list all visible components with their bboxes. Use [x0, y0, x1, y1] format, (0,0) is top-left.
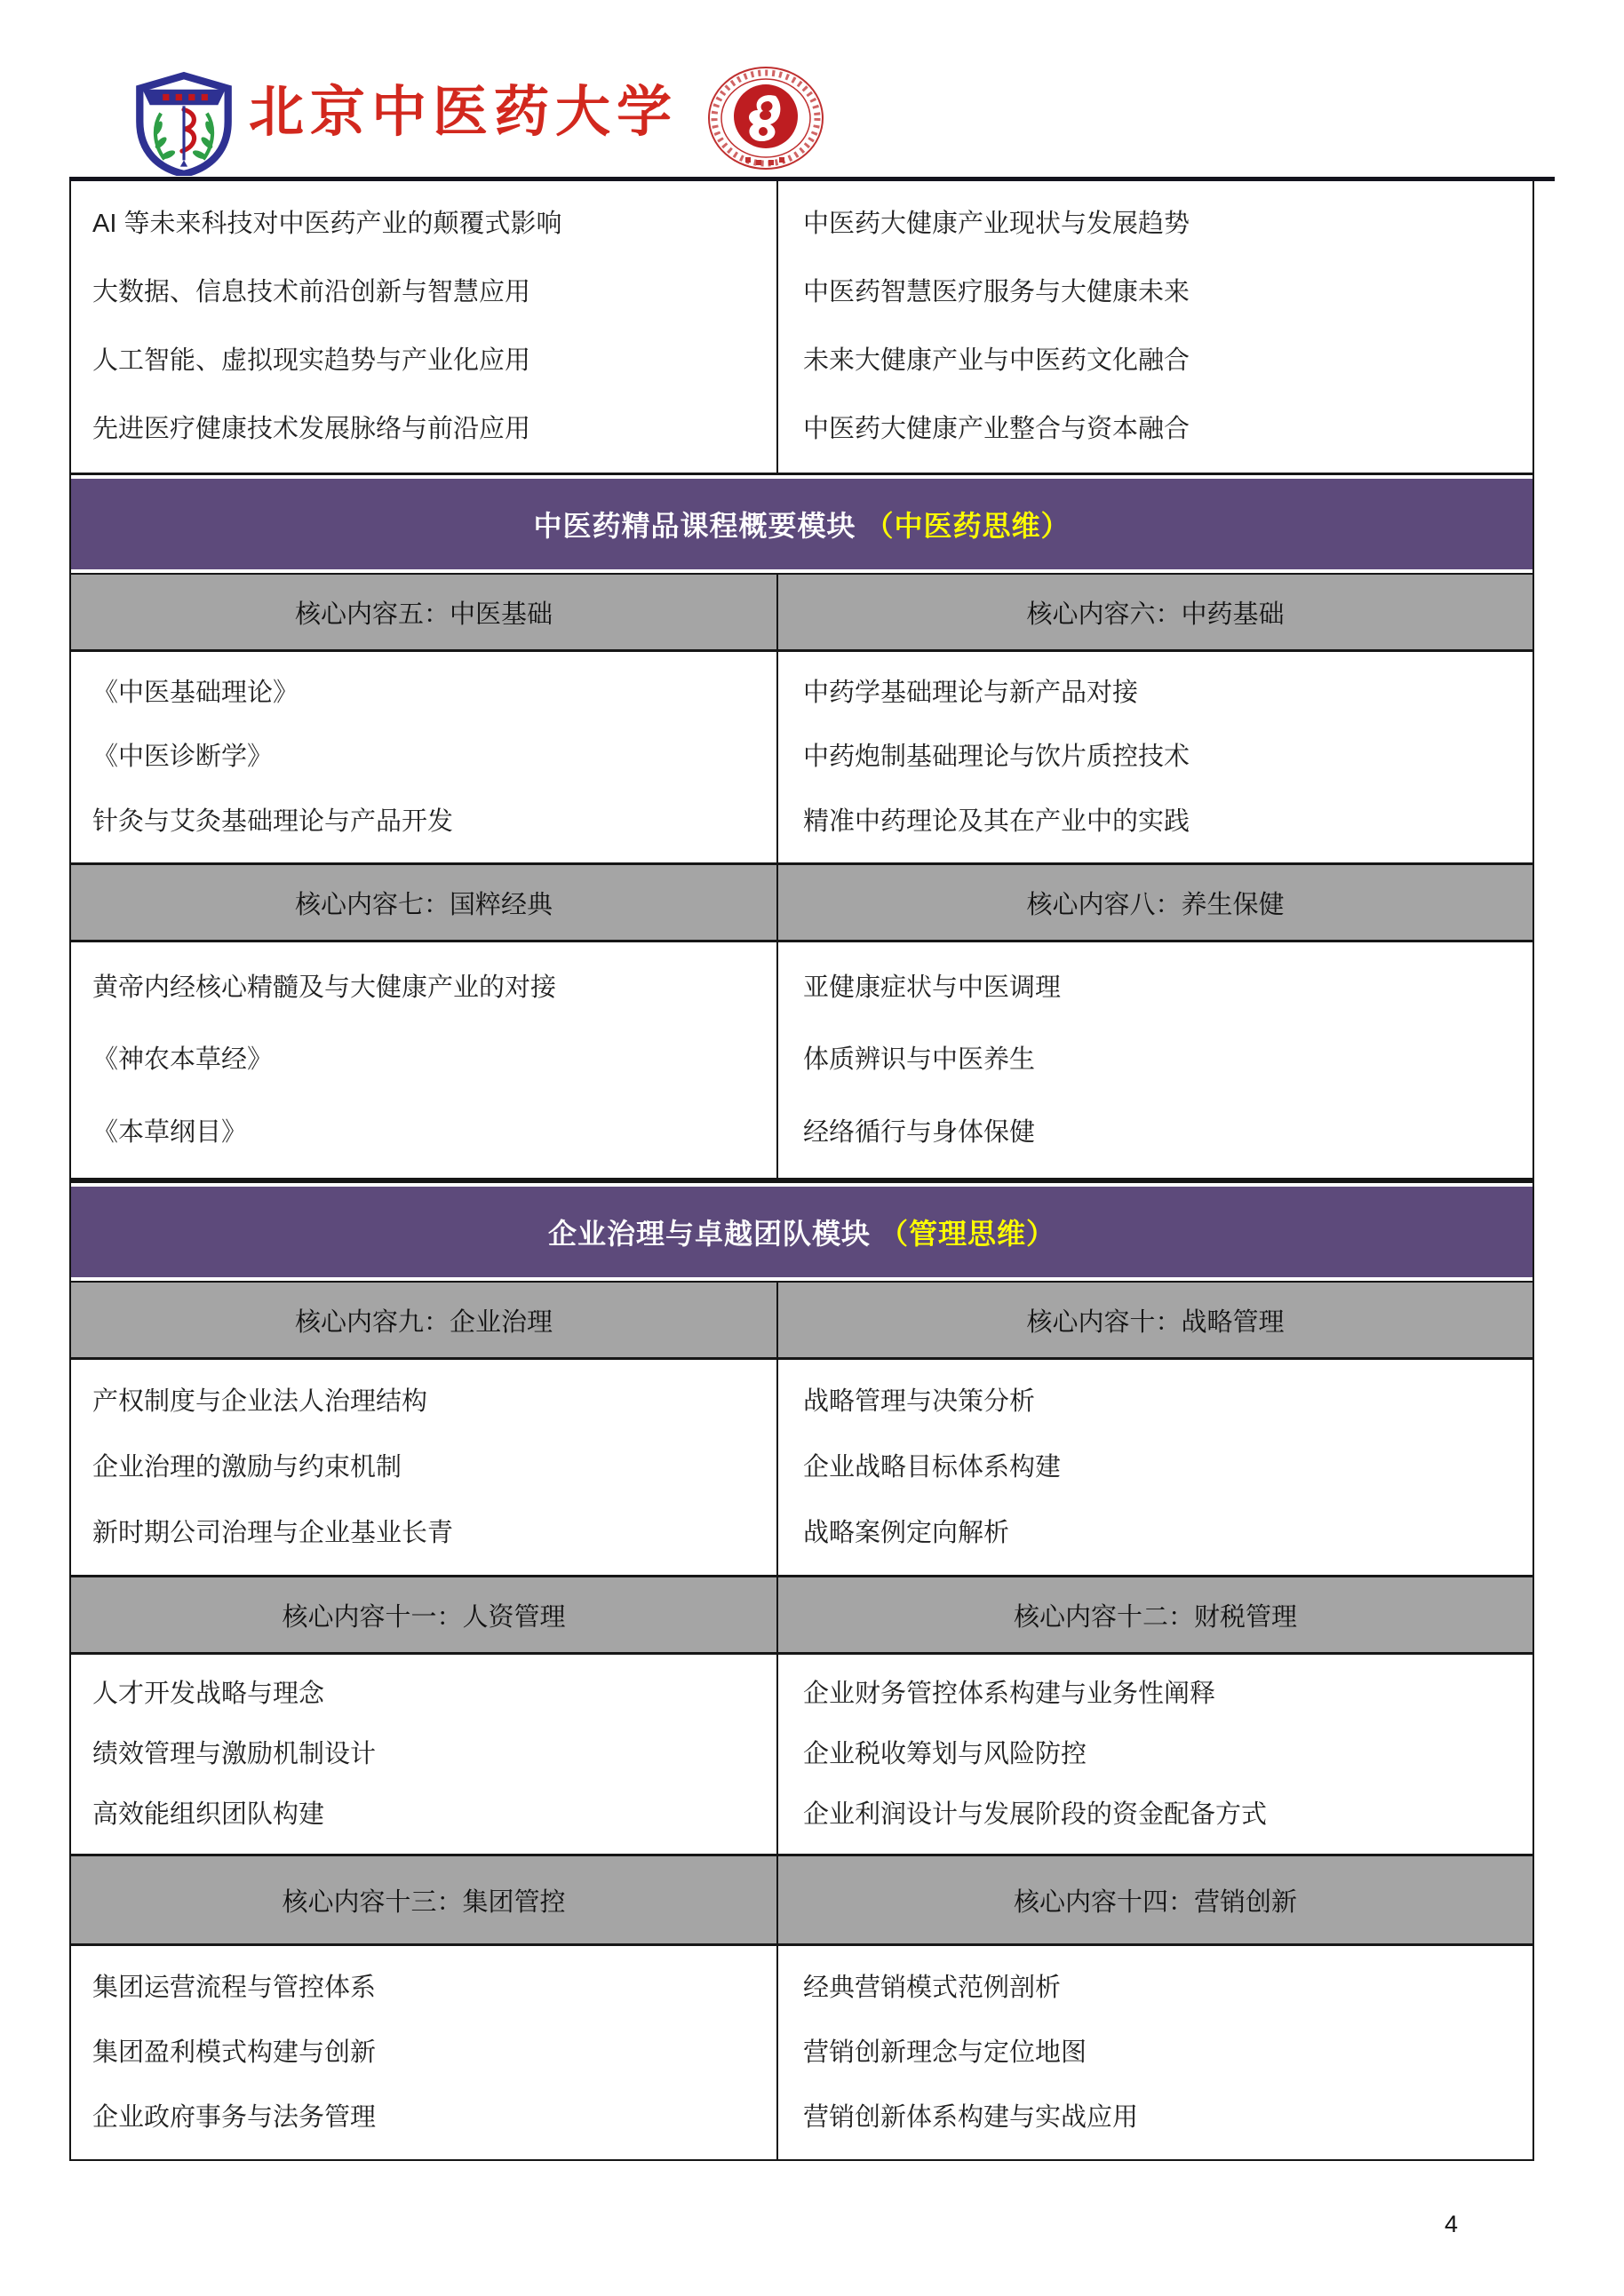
section-header-row: 核心内容九：企业治理 核心内容十：战略管理	[71, 1283, 1532, 1360]
section-header-cell: 核心内容十三：集团管控	[71, 1856, 776, 1943]
section-header-cell: 核心内容五：中医基础	[71, 575, 776, 649]
course-row-block: 人才开发战略与理念 绩效管理与激励机制设计 高效能组织团队构建 企业财务管控体系…	[71, 1655, 1532, 1856]
course-item: 企业治理的激励与约束机制	[92, 1451, 768, 1483]
course-item: 中医药智慧医疗服务与大健康未来	[803, 276, 1524, 308]
module-banner-management: 企业治理与卓越团队模块 （管理思维）	[71, 1180, 1532, 1283]
course-item: 绩效管理与激励机制设计	[92, 1738, 768, 1770]
course-item: 人才开发战略与理念	[92, 1678, 768, 1710]
course-cell: 亚健康症状与中医调理 体质辨识与中医养生 经络循行与身体保健	[778, 942, 1532, 1178]
banner-title: 中医药精品课程概要模块	[533, 504, 856, 544]
document-page: 北京中医药大学 AI 等未来科技对中医药产业的颠覆式影响 大数据、信息技术前沿创…	[0, 0, 1624, 2296]
course-item: 中医药大健康产业整合与资本融合	[803, 413, 1524, 445]
course-item: 中药炮制基础理论与饮片质控技术	[803, 741, 1524, 773]
course-item: 企业利润设计与发展阶段的资金配备方式	[803, 1799, 1524, 1831]
section-header-cell: 核心内容七：国粹经典	[71, 865, 776, 940]
course-cell: 产权制度与企业法人治理结构 企业治理的激励与约束机制 新时期公司治理与企业基业长…	[71, 1360, 776, 1575]
course-cell: 人才开发战略与理念 绩效管理与激励机制设计 高效能组织团队构建	[71, 1655, 776, 1854]
course-cell: 企业财务管控体系构建与业务性阐释 企业税收筹划与风险防控 企业利润设计与发展阶段…	[778, 1655, 1532, 1854]
course-item: 《神农本草经》	[92, 1044, 768, 1076]
university-shield-icon	[133, 71, 235, 176]
course-item: 人工智能、虚拟现实趋势与产业化应用	[92, 345, 768, 377]
course-item: AI 等未来科技对中医药产业的颠覆式影响	[92, 208, 768, 240]
course-item: 黄帝内经核心精髓及与大健康产业的对接	[92, 972, 768, 1004]
banner-title: 企业治理与卓越团队模块	[548, 1212, 871, 1252]
course-cell: 集团运营流程与管控体系 集团盈利模式构建与创新 企业政府事务与法务管理	[71, 1946, 776, 2159]
intro-left-cell: AI 等未来科技对中医药产业的颠覆式影响 大数据、信息技术前沿创新与智慧应用 人…	[71, 181, 776, 473]
course-item: 未来大健康产业与中医药文化融合	[803, 345, 1524, 377]
intro-right-cell: 中医药大健康产业现状与发展趋势 中医药智慧医疗服务与大健康未来 未来大健康产业与…	[778, 181, 1532, 473]
course-item: 体质辨识与中医养生	[803, 1044, 1524, 1076]
section-header-row: 核心内容七：国粹经典 核心内容八：养生保健	[71, 865, 1532, 942]
course-item: 精准中药理论及其在产业中的实践	[803, 806, 1524, 838]
section-header-cell: 核心内容十四：营销创新	[778, 1856, 1532, 1943]
section-header-cell: 核心内容十一：人资管理	[71, 1577, 776, 1652]
course-item: 企业政府事务与法务管理	[92, 2101, 768, 2133]
course-item: 战略管理与决策分析	[803, 1386, 1524, 1418]
course-item: 中药学基础理论与新产品对接	[803, 677, 1524, 709]
course-item: 《本草纲目》	[92, 1116, 768, 1148]
university-seal-icon	[705, 66, 827, 174]
course-item: 《中医基础理论》	[92, 677, 768, 709]
course-table: AI 等未来科技对中医药产业的颠覆式影响 大数据、信息技术前沿创新与智慧应用 人…	[69, 181, 1534, 2161]
course-cell: 战略管理与决策分析 企业战略目标体系构建 战略案例定向解析	[778, 1360, 1532, 1575]
page-number: 4	[1445, 2211, 1458, 2238]
section-header-row: 核心内容十三：集团管控 核心内容十四：营销创新	[71, 1856, 1532, 1946]
course-item: 《中医诊断学》	[92, 741, 768, 773]
section-header-row: 核心内容十一：人资管理 核心内容十二：财税管理	[71, 1577, 1532, 1655]
course-item: 新时期公司治理与企业基业长青	[92, 1517, 768, 1549]
course-item: 营销创新体系构建与实战应用	[803, 2101, 1524, 2133]
course-item: 经典营销模式范例剖析	[803, 1972, 1524, 2004]
course-row-block: 《中医基础理论》 《中医诊断学》 针灸与艾灸基础理论与产品开发 中药学基础理论与…	[71, 652, 1532, 865]
course-row-block: 集团运营流程与管控体系 集团盈利模式构建与创新 企业政府事务与法务管理 经典营销…	[71, 1946, 1532, 2159]
course-item: 营销创新理念与定位地图	[803, 2037, 1524, 2069]
banner-highlight: （中医药思维）	[865, 504, 1071, 544]
course-item: 集团盈利模式构建与创新	[92, 2037, 768, 2069]
course-cell: 《中医基础理论》 《中医诊断学》 针灸与艾灸基础理论与产品开发	[71, 652, 776, 862]
course-item: 大数据、信息技术前沿创新与智慧应用	[92, 276, 768, 308]
course-item: 经络循行与身体保健	[803, 1116, 1524, 1148]
course-item: 企业税收筹划与风险防控	[803, 1738, 1524, 1770]
course-item: 中医药大健康产业现状与发展趋势	[803, 208, 1524, 240]
course-item: 高效能组织团队构建	[92, 1799, 768, 1831]
course-cell: 黄帝内经核心精髓及与大健康产业的对接 《神农本草经》 《本草纲目》	[71, 942, 776, 1178]
section-header-row: 核心内容五：中医基础 核心内容六：中药基础	[71, 575, 1532, 652]
section-header-cell: 核心内容十：战略管理	[778, 1283, 1532, 1357]
course-cell: 经典营销模式范例剖析 营销创新理念与定位地图 营销创新体系构建与实战应用	[778, 1946, 1532, 2159]
section-header-cell: 核心内容六：中药基础	[778, 575, 1532, 649]
course-row-block: 黄帝内经核心精髓及与大健康产业的对接 《神农本草经》 《本草纲目》 亚健康症状与…	[71, 942, 1532, 1180]
course-item: 亚健康症状与中医调理	[803, 972, 1524, 1004]
course-item: 针灸与艾灸基础理论与产品开发	[92, 806, 768, 838]
course-item: 企业战略目标体系构建	[803, 1451, 1524, 1483]
course-item: 先进医疗健康技术发展脉络与前沿应用	[92, 413, 768, 445]
course-item: 集团运营流程与管控体系	[92, 1972, 768, 2004]
university-name: 北京中医药大学	[249, 82, 678, 142]
course-item: 产权制度与企业法人治理结构	[92, 1386, 768, 1418]
banner-highlight: （管理思维）	[880, 1212, 1055, 1252]
course-cell: 中药学基础理论与新产品对接 中药炮制基础理论与饮片质控技术 精准中药理论及其在产…	[778, 652, 1532, 862]
course-item: 企业财务管控体系构建与业务性阐释	[803, 1678, 1524, 1710]
course-item: 战略案例定向解析	[803, 1517, 1524, 1549]
section-header-cell: 核心内容九：企业治理	[71, 1283, 776, 1357]
section-header-cell: 核心内容十二：财税管理	[778, 1577, 1532, 1652]
section-header-cell: 核心内容八：养生保健	[778, 865, 1532, 940]
intro-block: AI 等未来科技对中医药产业的颠覆式影响 大数据、信息技术前沿创新与智慧应用 人…	[71, 181, 1532, 473]
module-banner-tcm: 中医药精品课程概要模块 （中医药思维）	[71, 473, 1532, 575]
course-row-block: 产权制度与企业法人治理结构 企业治理的激励与约束机制 新时期公司治理与企业基业长…	[71, 1360, 1532, 1577]
